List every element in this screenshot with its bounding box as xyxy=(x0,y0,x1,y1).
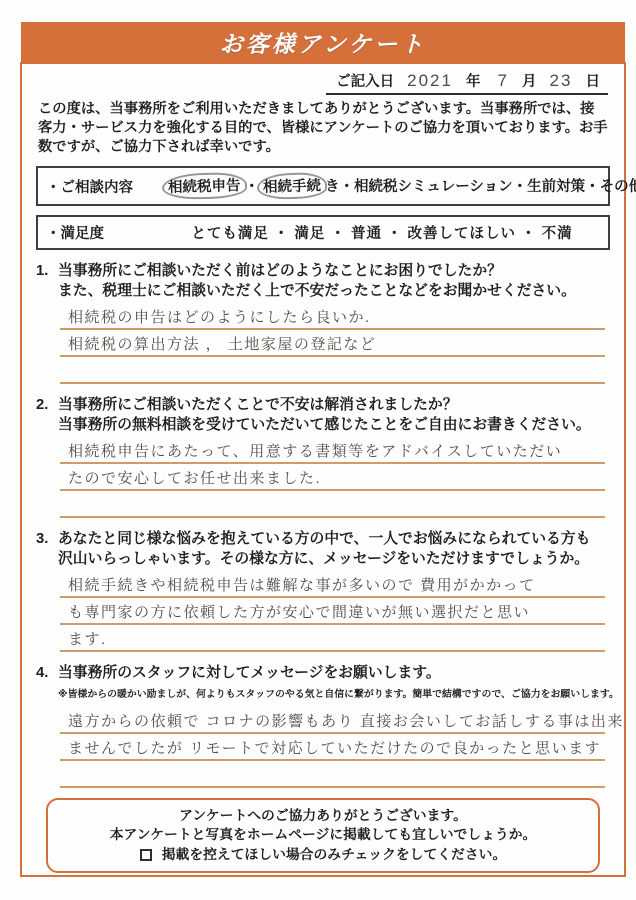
date-year-unit: 年 xyxy=(466,74,481,90)
question-1-line2: また、税理士にご相談いただく上で不安だったことなどをお聞かせください。 xyxy=(58,281,610,301)
consent-box: アンケートへのご協力ありがとうございます。 本アンケートと写真をホームページに掲… xyxy=(46,798,600,873)
handwritten-answer: 遠方からの依頼で コロナの影響もあり 直接お会いしてお話しする事は出来 xyxy=(68,710,624,731)
question-2-line2: 当事務所の無料相談を受けていただいて感じたことをご自由にお書きください。 xyxy=(58,415,610,435)
publish-optout-checkbox xyxy=(140,849,152,861)
answer-line: たので安心してお任せ出来ました. xyxy=(60,464,605,491)
consent-question-text: 本アンケートと写真をホームページに掲載しても宜しいでしょうか。 xyxy=(56,825,590,844)
answer-area-2: 相続税申告にあたって、用意する書類等をアドバイスしていただい たので安心してお任… xyxy=(60,437,605,518)
handwritten-answer: たので安心してお任せ出来ました. xyxy=(68,467,321,488)
intro-text: この度は、当事務所をご利用いただきましてありがとうございます。当事務所では、接客… xyxy=(38,100,608,157)
handwritten-answer: 相続手続きや相続税申告は難解な事が多いので 費用がかかって xyxy=(68,574,536,595)
question-1: 1. 当事務所にご相談いただく前はどのようなことにお困りでしたか？ また、税理士… xyxy=(36,261,610,301)
handwritten-answer: 相続税の申告はどのようにしたら良いか. xyxy=(68,306,371,327)
question-2-text: 当事務所にご相談いただくことで不安は解消されましたか？ 当事務所の無料相談を受け… xyxy=(58,395,610,435)
form-frame: ご記入日 2021 年 7 月 23 日 この度は、当事務所をご利用いただきまし… xyxy=(20,62,626,877)
answer-line: ます. xyxy=(60,625,605,652)
date-month-handwritten: 7 xyxy=(498,71,509,90)
publish-optout-label: 掲載を控えてほしい場合のみチェックをしてください。 xyxy=(162,845,507,864)
survey-page: お客様アンケート ご記入日 2021 年 7 月 23 日 この度は、当事務所を… xyxy=(0,0,636,900)
handwritten-answer: も専門家の方に依頼した方が安心で間違いが無い選択だと思い xyxy=(68,601,530,622)
date-month-unit: 月 xyxy=(522,74,537,90)
handwritten-answer: 相続税の算出方法 ， 土地家屋の登記など xyxy=(68,333,376,354)
answer-line: ませんでしたが リモートで対応していただけたので良かったと思います xyxy=(60,734,605,761)
consent-thanks-text: アンケートへのご協力ありがとうございます。 xyxy=(56,806,590,825)
question-4-line1: 当事務所のスタッフに対してメッセージをお願いします。 xyxy=(58,663,619,683)
answer-line: 相続税の算出方法 ， 土地家屋の登記など xyxy=(60,330,605,357)
option-separator: ・ xyxy=(513,179,528,195)
question-1-number: 1. xyxy=(36,261,58,301)
question-2: 2. 当事務所にご相談いただくことで不安は解消されましたか？ 当事務所の無料相談… xyxy=(36,395,610,435)
consultation-topic-label: ・ご相談内容 xyxy=(46,176,164,197)
question-4-text: 当事務所のスタッフに対してメッセージをお願いします。 ※皆様からの暖かい励ましが… xyxy=(58,663,619,705)
header-bar: お客様アンケート xyxy=(21,22,625,62)
question-3-line1: あなたと同じ様な悩みを抱えている方の中で、一人でお悩みになられている方も xyxy=(58,529,610,549)
option-pre-death-planning: 生前対策 xyxy=(527,179,585,195)
date-day-handwritten: 23 xyxy=(550,71,573,90)
date-label: ご記入日 xyxy=(336,74,394,90)
publish-optout-row: 掲載を控えてほしい場合のみチェックをしてください。 xyxy=(56,845,590,864)
consultation-topic-options: 相続税申告・相続手続き・相続税シミュレーション・生前対策・その他 xyxy=(164,173,636,199)
circle-annotation-inheritance-procedure: 相続手続 xyxy=(257,172,328,200)
question-4: 4. 当事務所のスタッフに対してメッセージをお願いします。 ※皆様からの暖かい励… xyxy=(36,663,610,705)
handwritten-answer: ませんでしたが リモートで対応していただけたので良かったと思います xyxy=(68,737,601,758)
consultation-topic-box: ・ご相談内容 相続税申告・相続手続き・相続税シミュレーション・生前対策・その他 xyxy=(36,166,610,206)
answer-line: 相続税申告にあたって、用意する書類等をアドバイスしていただい xyxy=(60,437,605,464)
option-other: その他 xyxy=(600,179,636,195)
question-2-number: 2. xyxy=(36,395,58,435)
date-day-unit: 日 xyxy=(586,74,601,90)
answer-line: 相続手続きや相続税申告は難解な事が多いので 費用がかかって xyxy=(60,571,605,598)
handwritten-answer: ます. xyxy=(68,628,107,649)
question-3-line2: 沢山いらっしゃいます。その様な方に、メッセージをいただけますでしょうか。 xyxy=(58,549,610,569)
date-row: ご記入日 2021 年 7 月 23 日 xyxy=(36,70,610,94)
date-year-handwritten: 2021 xyxy=(407,71,453,90)
answer-area-3: 相続手続きや相続税申告は難解な事が多いので 費用がかかって も専門家の方に依頼し… xyxy=(60,571,605,652)
question-1-line1: 当事務所にご相談いただく前はどのようなことにお困りでしたか？ xyxy=(58,261,610,281)
answer-line: も専門家の方に依頼した方が安心で間違いが無い選択だと思い xyxy=(60,598,605,625)
option-tax-simulation: 相続税シミュレーション xyxy=(354,179,513,195)
satisfaction-options: とても満足 ・ 満足 ・ 普通 ・ 改善してほしい ・ 不満 xyxy=(164,222,600,243)
answer-line: 遠方からの依頼で コロナの影響もあり 直接お会いしてお話しする事は出来 xyxy=(60,707,605,734)
option-inheritance-procedure: 相続手続 xyxy=(263,178,321,196)
option-inheritance-procedure-suffix: き xyxy=(325,179,340,195)
answer-line: 相続税の申告はどのようにしたら良いか. xyxy=(60,303,605,330)
question-3-text: あなたと同じ様な悩みを抱えている方の中で、一人でお悩みになられている方も 沢山い… xyxy=(58,529,610,569)
option-separator: ・ xyxy=(340,179,355,195)
question-1-text: 当事務所にご相談いただく前はどのようなことにお困りでしたか？ また、税理士にご相… xyxy=(58,261,610,301)
option-separator: ・ xyxy=(585,179,600,195)
answer-line xyxy=(60,357,605,384)
answer-area-1: 相続税の申告はどのようにしたら良いか. 相続税の算出方法 ， 土地家屋の登記など xyxy=(60,303,605,384)
page-title: お客様アンケート xyxy=(220,26,427,59)
answer-line xyxy=(60,491,605,518)
question-3: 3. あなたと同じ様な悩みを抱えている方の中で、一人でお悩みになられている方も … xyxy=(36,529,610,569)
answer-area-4: 遠方からの依頼で コロナの影響もあり 直接お会いしてお話しする事は出来 ませんで… xyxy=(60,707,605,788)
circle-annotation-inheritance-tax-return: 相続税申告 xyxy=(162,172,247,200)
question-3-number: 3. xyxy=(36,529,58,569)
satisfaction-label: ・満足度 xyxy=(46,222,164,243)
date-filled-field: ご記入日 2021 年 7 月 23 日 xyxy=(326,70,608,95)
question-4-note: ※皆様からの暖かい励ましが、何よりもスタッフのやる気と自信に繋がります。簡単で結… xyxy=(58,685,619,705)
option-inheritance-tax-return: 相続税申告 xyxy=(168,178,241,196)
satisfaction-box: ・満足度 とても満足 ・ 満足 ・ 普通 ・ 改善してほしい ・ 不満 xyxy=(36,215,610,250)
question-4-number: 4. xyxy=(36,663,58,705)
question-2-line1: 当事務所にご相談いただくことで不安は解消されましたか？ xyxy=(58,395,610,415)
answer-line xyxy=(60,761,605,788)
handwritten-answer: 相続税申告にあたって、用意する書類等をアドバイスしていただい xyxy=(68,440,562,461)
